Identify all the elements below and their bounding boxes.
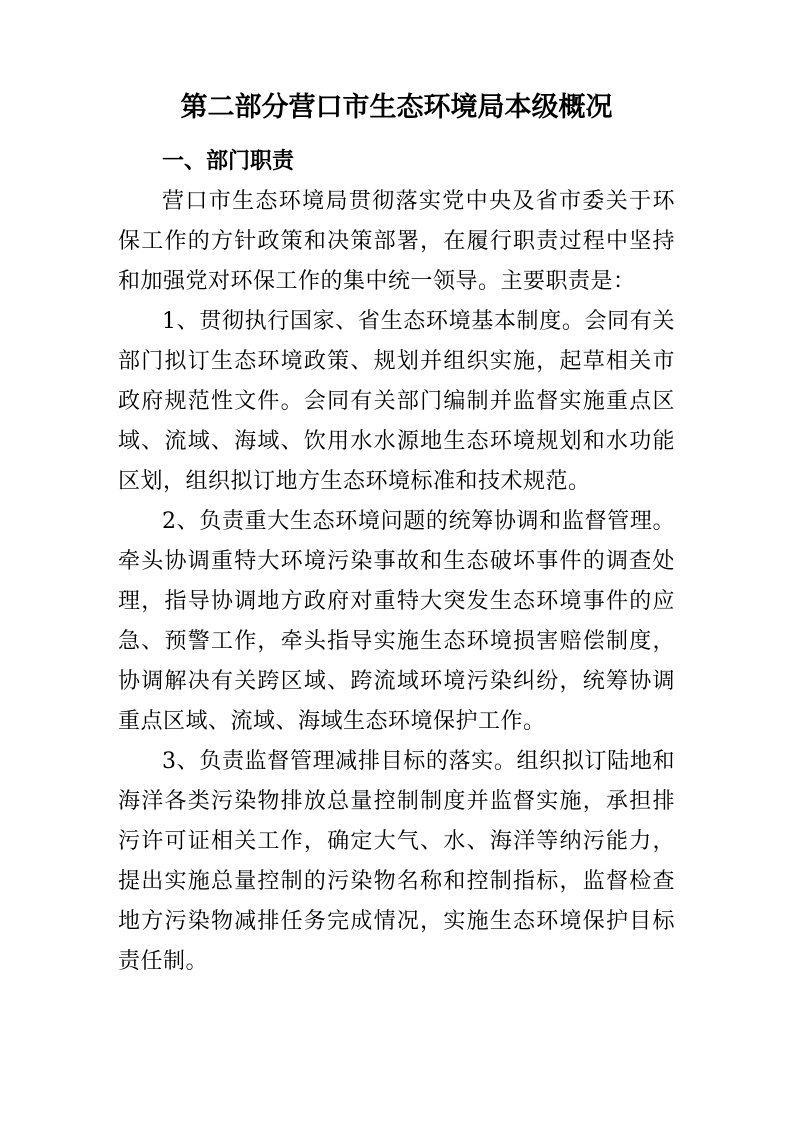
paragraph-duty-1: 1、贯彻执行国家、省生态环境基本制度。会同有关部门拟订生态环境政策、规划并组织实… <box>118 302 675 502</box>
paragraph-duty-3: 3、负责监督管理减排目标的落实。组织拟订陆地和海洋各类污染物排放总量控制制度并监… <box>118 742 675 982</box>
section-heading-department-duties: 一、部门职责 <box>118 142 675 182</box>
paragraph-intro: 营口市生态环境局贯彻落实党中央及省市委关于环保工作的方针政策和决策部署，在履行职… <box>118 182 675 302</box>
document-page: 第二部分营口市生态环境局本级概况 一、部门职责 营口市生态环境局贯彻落实党中央及… <box>0 0 793 1122</box>
paragraph-duty-2: 2、负责重大生态环境问题的统筹协调和监督管理。牵头协调重特大环境污染事故和生态破… <box>118 502 675 742</box>
document-title: 第二部分营口市生态环境局本级概况 <box>118 88 675 128</box>
